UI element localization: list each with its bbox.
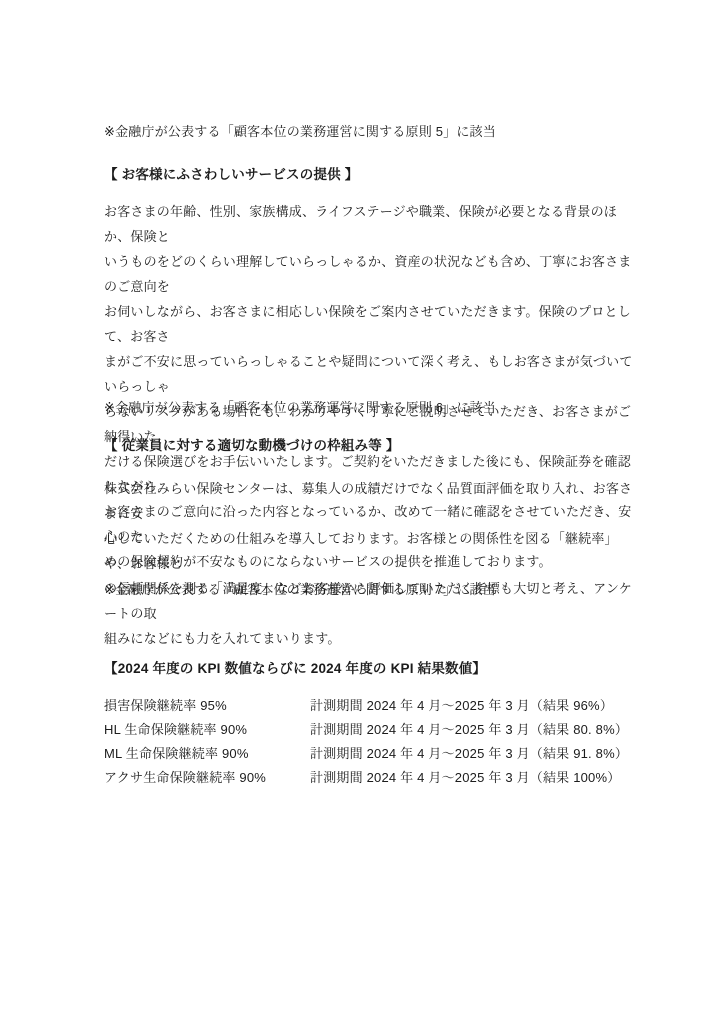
- kpi-target: ML 生命保険継続率 90%: [104, 742, 310, 766]
- kpi-period-result: 計測期間 2024 年 4 月～2025 年 3 月（結果 80. 8%）: [310, 718, 636, 742]
- kpi-target: HL 生命保険継続率 90%: [104, 718, 310, 742]
- note-principle-7: ※金融庁が公表する「顧客本位の業務運営に関する原則 7」に該当: [104, 577, 636, 602]
- kpi-period-result: 計測期間 2024 年 4 月～2025 年 3 月（結果 100%）: [310, 766, 636, 790]
- kpi-period-result: 計測期間 2024 年 4 月～2025 年 3 月（結果 96%）: [310, 694, 636, 718]
- document-page: ※金融庁が公表する「顧客本位の業務運営に関する原則 5」に該当 【 お客様にふさ…: [0, 0, 725, 1024]
- note-principle-5: ※金融庁が公表する「顧客本位の業務運営に関する原則 5」に該当: [104, 119, 636, 144]
- kpi-target: アクサ生命保険継続率 90%: [104, 766, 310, 790]
- paragraph-employee-motivation: 株式会社みらい保険センターは、募集人の成績だけでなく品質面評価を取り入れ、お客さ…: [104, 476, 636, 651]
- kpi-row-damage-insurance: 損害保険継続率 95% 計測期間 2024 年 4 月～2025 年 3 月（結…: [104, 694, 636, 718]
- heading-employee-motivation: 【 従業員に対する適切な動機づけの枠組み等 】: [104, 433, 636, 458]
- kpi-target: 損害保険継続率 95%: [104, 694, 310, 718]
- kpi-row-hl-life-insurance: HL 生命保険継続率 90% 計測期間 2024 年 4 月～2025 年 3 …: [104, 718, 636, 742]
- kpi-table: 損害保険継続率 95% 計測期間 2024 年 4 月～2025 年 3 月（結…: [104, 694, 636, 790]
- kpi-row-ml-life-insurance: ML 生命保険継続率 90% 計測期間 2024 年 4 月～2025 年 3 …: [104, 742, 636, 766]
- kpi-period-result: 計測期間 2024 年 4 月～2025 年 3 月（結果 91. 8%）: [310, 742, 636, 766]
- note-principle-6: ※金融庁が公表する「顧客本位の業務運営に関する原則 6」に該当: [104, 395, 636, 420]
- heading-kpi: 【2024 年度の KPI 数値ならびに 2024 年度の KPI 結果数値】: [104, 656, 636, 681]
- heading-suitable-service: 【 お客様にふさわしいサービスの提供 】: [104, 162, 636, 187]
- kpi-row-axa-life-insurance: アクサ生命保険継続率 90% 計測期間 2024 年 4 月～2025 年 3 …: [104, 766, 636, 790]
